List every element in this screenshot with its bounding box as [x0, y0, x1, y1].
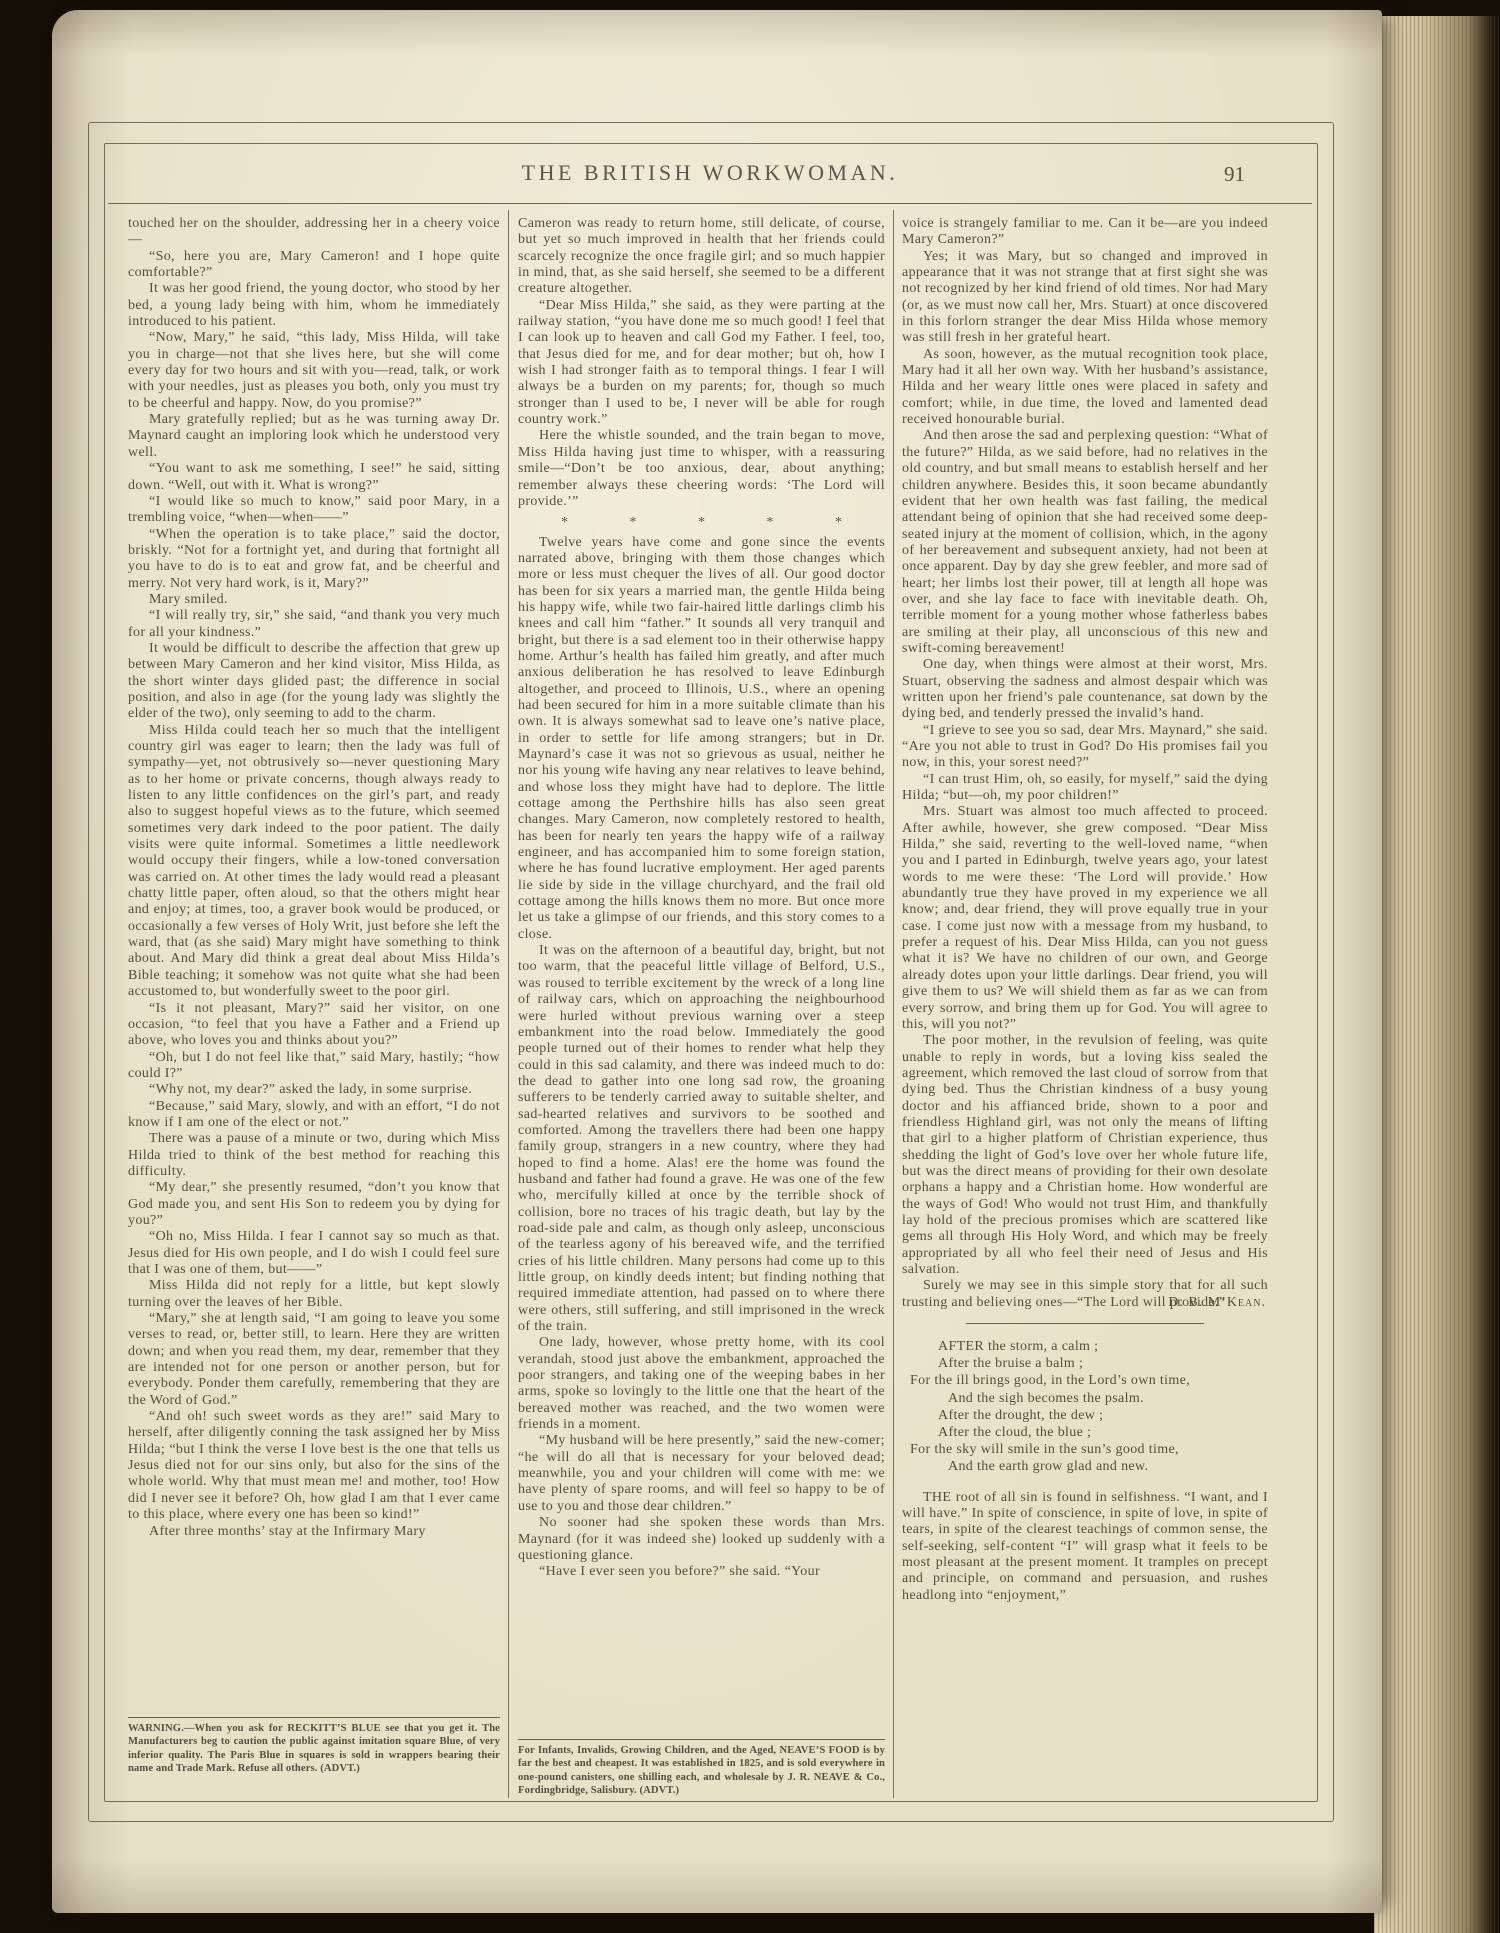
paragraph: “Is it not pleasant, Mary?” said her vis…	[128, 1001, 500, 1050]
paragraph: It would be difficult to describe the af…	[128, 641, 500, 723]
story-end-rule	[966, 1323, 1204, 1324]
paragraph: touched her on the shoulder, addressing …	[128, 216, 500, 249]
paragraph: There was a pause of a minute or two, du…	[128, 1131, 500, 1180]
paragraph: It was her good friend, the young doctor…	[128, 281, 500, 330]
paragraph: And then arose the sad and perplexing qu…	[902, 428, 1268, 657]
advert-footnote-neaves-food: For Infants, Invalids, Growing Children,…	[518, 1739, 885, 1797]
paragraph: THE root of all sin is found in selfishn…	[902, 1490, 1268, 1604]
paragraph: “Oh no, Miss Hilda. I fear I cannot say …	[128, 1229, 500, 1278]
paragraph: One lady, however, whose pretty home, wi…	[518, 1335, 885, 1433]
magazine-page: THE BRITISH WORKWOMAN. 91 touched her on…	[52, 10, 1382, 1913]
column-3: voice is strangely familiar to me. Can i…	[902, 216, 1268, 1800]
column-2-body: Cameron was ready to return home, still …	[518, 216, 885, 1736]
paragraph: “Because,” said Mary, slowly, and with a…	[128, 1099, 500, 1132]
paragraph: “And oh! such sweet words as they are!” …	[128, 1409, 500, 1523]
poem-line: After the drought, the dew ;	[938, 1407, 1268, 1424]
poem-line: And the sigh becomes the psalm.	[948, 1390, 1268, 1407]
column-divider-2	[893, 210, 894, 1798]
paragraph: Miss Hilda could teach her so much that …	[128, 723, 500, 1001]
paragraph: Mary gratefully replied; but as he was t…	[128, 412, 500, 461]
paragraph: “Now, Mary,” he said, “this lady, Miss H…	[128, 330, 500, 412]
paragraph: “Oh, but I do not feel like that,” said …	[128, 1050, 500, 1083]
column-1: touched her on the shoulder, addressing …	[128, 216, 500, 1800]
paragraph: “My husband will be here presently,” sai…	[518, 1433, 885, 1515]
book-page-scan: THE BRITISH WORKWOMAN. 91 touched her on…	[0, 0, 1500, 1933]
paragraph: “I grieve to see you so sad, dear Mrs. M…	[902, 723, 1268, 772]
column-divider-1	[508, 210, 509, 1798]
section-break-asterisks: * * * * *	[518, 515, 885, 531]
paragraph: “Mary,” she at length said, “I am going …	[128, 1311, 500, 1409]
paragraph: “I will really try, sir,” she said, “and…	[128, 608, 500, 641]
paragraph: “I would like so much to know,” said poo…	[128, 494, 500, 527]
paragraph: “Dear Miss Hilda,” she said, as they wer…	[518, 298, 885, 429]
header-rule	[108, 203, 1312, 204]
paragraph: “So, here you are, Mary Cameron! and I h…	[128, 249, 500, 282]
paragraph: voice is strangely familiar to me. Can i…	[902, 216, 1268, 249]
paragraph: Yes; it was Mary, but so changed and imp…	[902, 249, 1268, 347]
paragraph: Cameron was ready to return home, still …	[518, 216, 885, 298]
paragraph: The poor mother, in the revulsion of fee…	[902, 1033, 1268, 1278]
paragraph: It was on the afternoon of a beautiful d…	[518, 943, 885, 1335]
paragraph: Miss Hilda did not reply for a little, b…	[128, 1278, 500, 1311]
poem-line: For the ill brings good, in the Lord’s o…	[910, 1372, 1268, 1389]
page-number: 91	[1045, 162, 1245, 187]
paragraph: One day, when things were almost at thei…	[902, 657, 1268, 722]
paragraph: No sooner had she spoken these words tha…	[518, 1515, 885, 1564]
paragraph: As soon, however, as the mutual recognit…	[902, 347, 1268, 429]
paragraph: “Have I ever seen you before?” she said.…	[518, 1564, 885, 1580]
column-1-body: touched her on the shoulder, addressing …	[128, 216, 500, 1714]
poem-line: After the cloud, the blue ;	[938, 1424, 1268, 1441]
poem-line: And the earth grow glad and new.	[948, 1458, 1268, 1475]
poem-line: After the bruise a balm ;	[938, 1355, 1268, 1372]
paragraph: “You want to ask me something, I see!” h…	[128, 461, 500, 494]
paragraph: Mary smiled.	[128, 592, 500, 608]
paragraph: After three months’ stay at the Infirmar…	[128, 1524, 500, 1540]
poem: AFTER the storm, a calm ;After the bruis…	[902, 1338, 1268, 1476]
paragraph: “When the operation is to take place,” s…	[128, 527, 500, 592]
closing-paragraph: THE root of all sin is found in selfishn…	[902, 1490, 1268, 1604]
paragraph: Twelve years have come and gone since th…	[518, 535, 885, 944]
column-2: Cameron was ready to return home, still …	[518, 216, 885, 1800]
paragraph: “I can trust Him, oh, so easily, for mys…	[902, 772, 1268, 805]
paragraph: “My dear,” she presently resumed, “don’t…	[128, 1180, 500, 1229]
paragraph: Mrs. Stuart was almost too much affected…	[902, 804, 1268, 1033]
advert-footnote-reckitts-blue: WARNING.—When you ask for RECKITT’S BLUE…	[128, 1717, 500, 1775]
column-3-body: voice is strangely familiar to me. Can i…	[902, 216, 1268, 1797]
poem-line: AFTER the storm, a calm ;	[938, 1338, 1268, 1355]
poem-line: For the sky will smile in the sun’s good…	[910, 1441, 1268, 1458]
paragraph: “Why not, my dear?” asked the lady, in s…	[128, 1082, 500, 1098]
paragraph: Here the whistle sounded, and the train …	[518, 428, 885, 510]
book-fore-edge	[1374, 16, 1500, 1933]
